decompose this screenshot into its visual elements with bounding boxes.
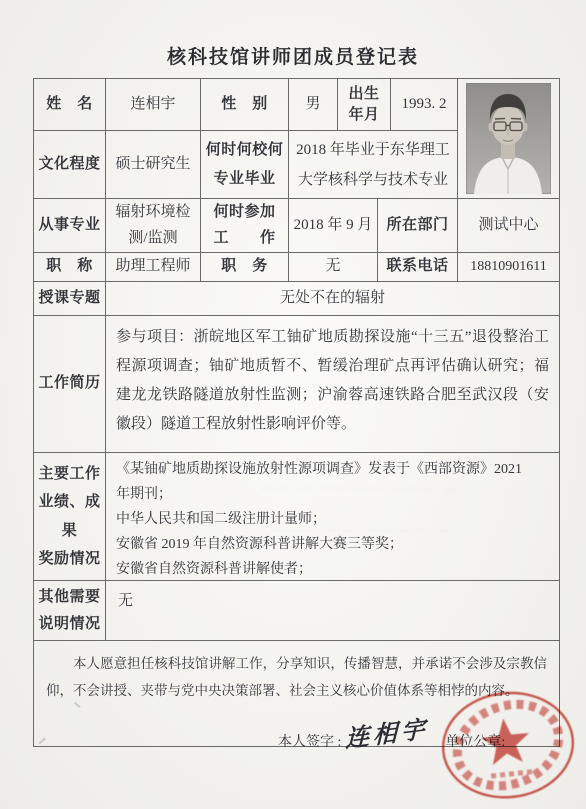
duty-label: 职 务 [201,253,289,282]
job-title-value: 助理工程师 [106,253,201,282]
gender-value: 男 [289,79,338,131]
graduation-value: 2018 年毕业于东华理工 大学核科学与技术专业 [289,131,458,199]
signature-label: 本人签字 : [278,731,341,751]
work-start-value: 2018 年 9 月 [289,199,378,253]
duty-value: 无 [289,253,378,282]
resume-value: 参与项目：浙皖地区军工铀矿地质勘探设施“十三五”退役整治工程源项调查；铀矿地质暂… [106,316,559,453]
education-label: 文化程度 [34,131,106,199]
graduation-label: 何时何校何 专业毕业 [201,131,289,199]
phone-value: 18810901611 [458,253,559,282]
other-notes-label: 其他需要 说明情况 [34,581,106,641]
department-value: 测试中心 [458,199,559,253]
scanned-registration-form: 核科技馆讲师团成员登记表 姓 名 连相宇 性 别 男 出生 年月 1993. 2 [0,0,586,809]
declaration-text: 本人愿意担任核科技馆讲解工作，分享知识，传播智慧，并承诺不会涉及宗教信仰，不会讲… [34,641,559,704]
phone-label: 联系电话 [378,253,458,282]
education-value: 硕士研究生 [106,131,201,199]
gender-label: 性 别 [201,79,289,131]
work-start-label: 何时参加 工 作 [201,199,289,253]
resume-label: 工作简历 [34,316,106,453]
signature-row: 本人签字 : 连相宇 单位公章: [278,718,558,753]
photo-cell [458,79,559,199]
seal-bottom-text [491,772,533,776]
birth-date-label: 出生 年月 [338,79,391,131]
page-title: 核科技馆讲师团成员登记表 [0,42,586,69]
other-notes-value: 无 [106,581,559,641]
member-photo [466,83,551,194]
name-label: 姓 名 [34,79,106,131]
achievements-value: 《某铀矿地质勘探设施放射性源项调查》发表于《西部资源》2021 年期刊； 中华人… [106,453,559,581]
profession-value: 辐射环境检 测/监测 [106,199,201,253]
job-title-label: 职 称 [34,253,106,282]
birth-date-value: 1993. 2 [391,79,458,131]
registration-table: 姓 名 连相宇 性 别 男 出生 年月 1993. 2 [33,78,560,747]
profession-label: 从事专业 [34,199,106,253]
topic-value: 无处不在的辐射 [106,282,559,316]
achievements-label: 主要工作 业绩、成果 奖励情况 [34,453,106,581]
department-label: 所在部门 [378,199,458,253]
topic-label: 授课专题 [34,282,106,316]
name-value: 连相宇 [106,79,201,131]
seal-label: 单位公章: [445,731,505,751]
